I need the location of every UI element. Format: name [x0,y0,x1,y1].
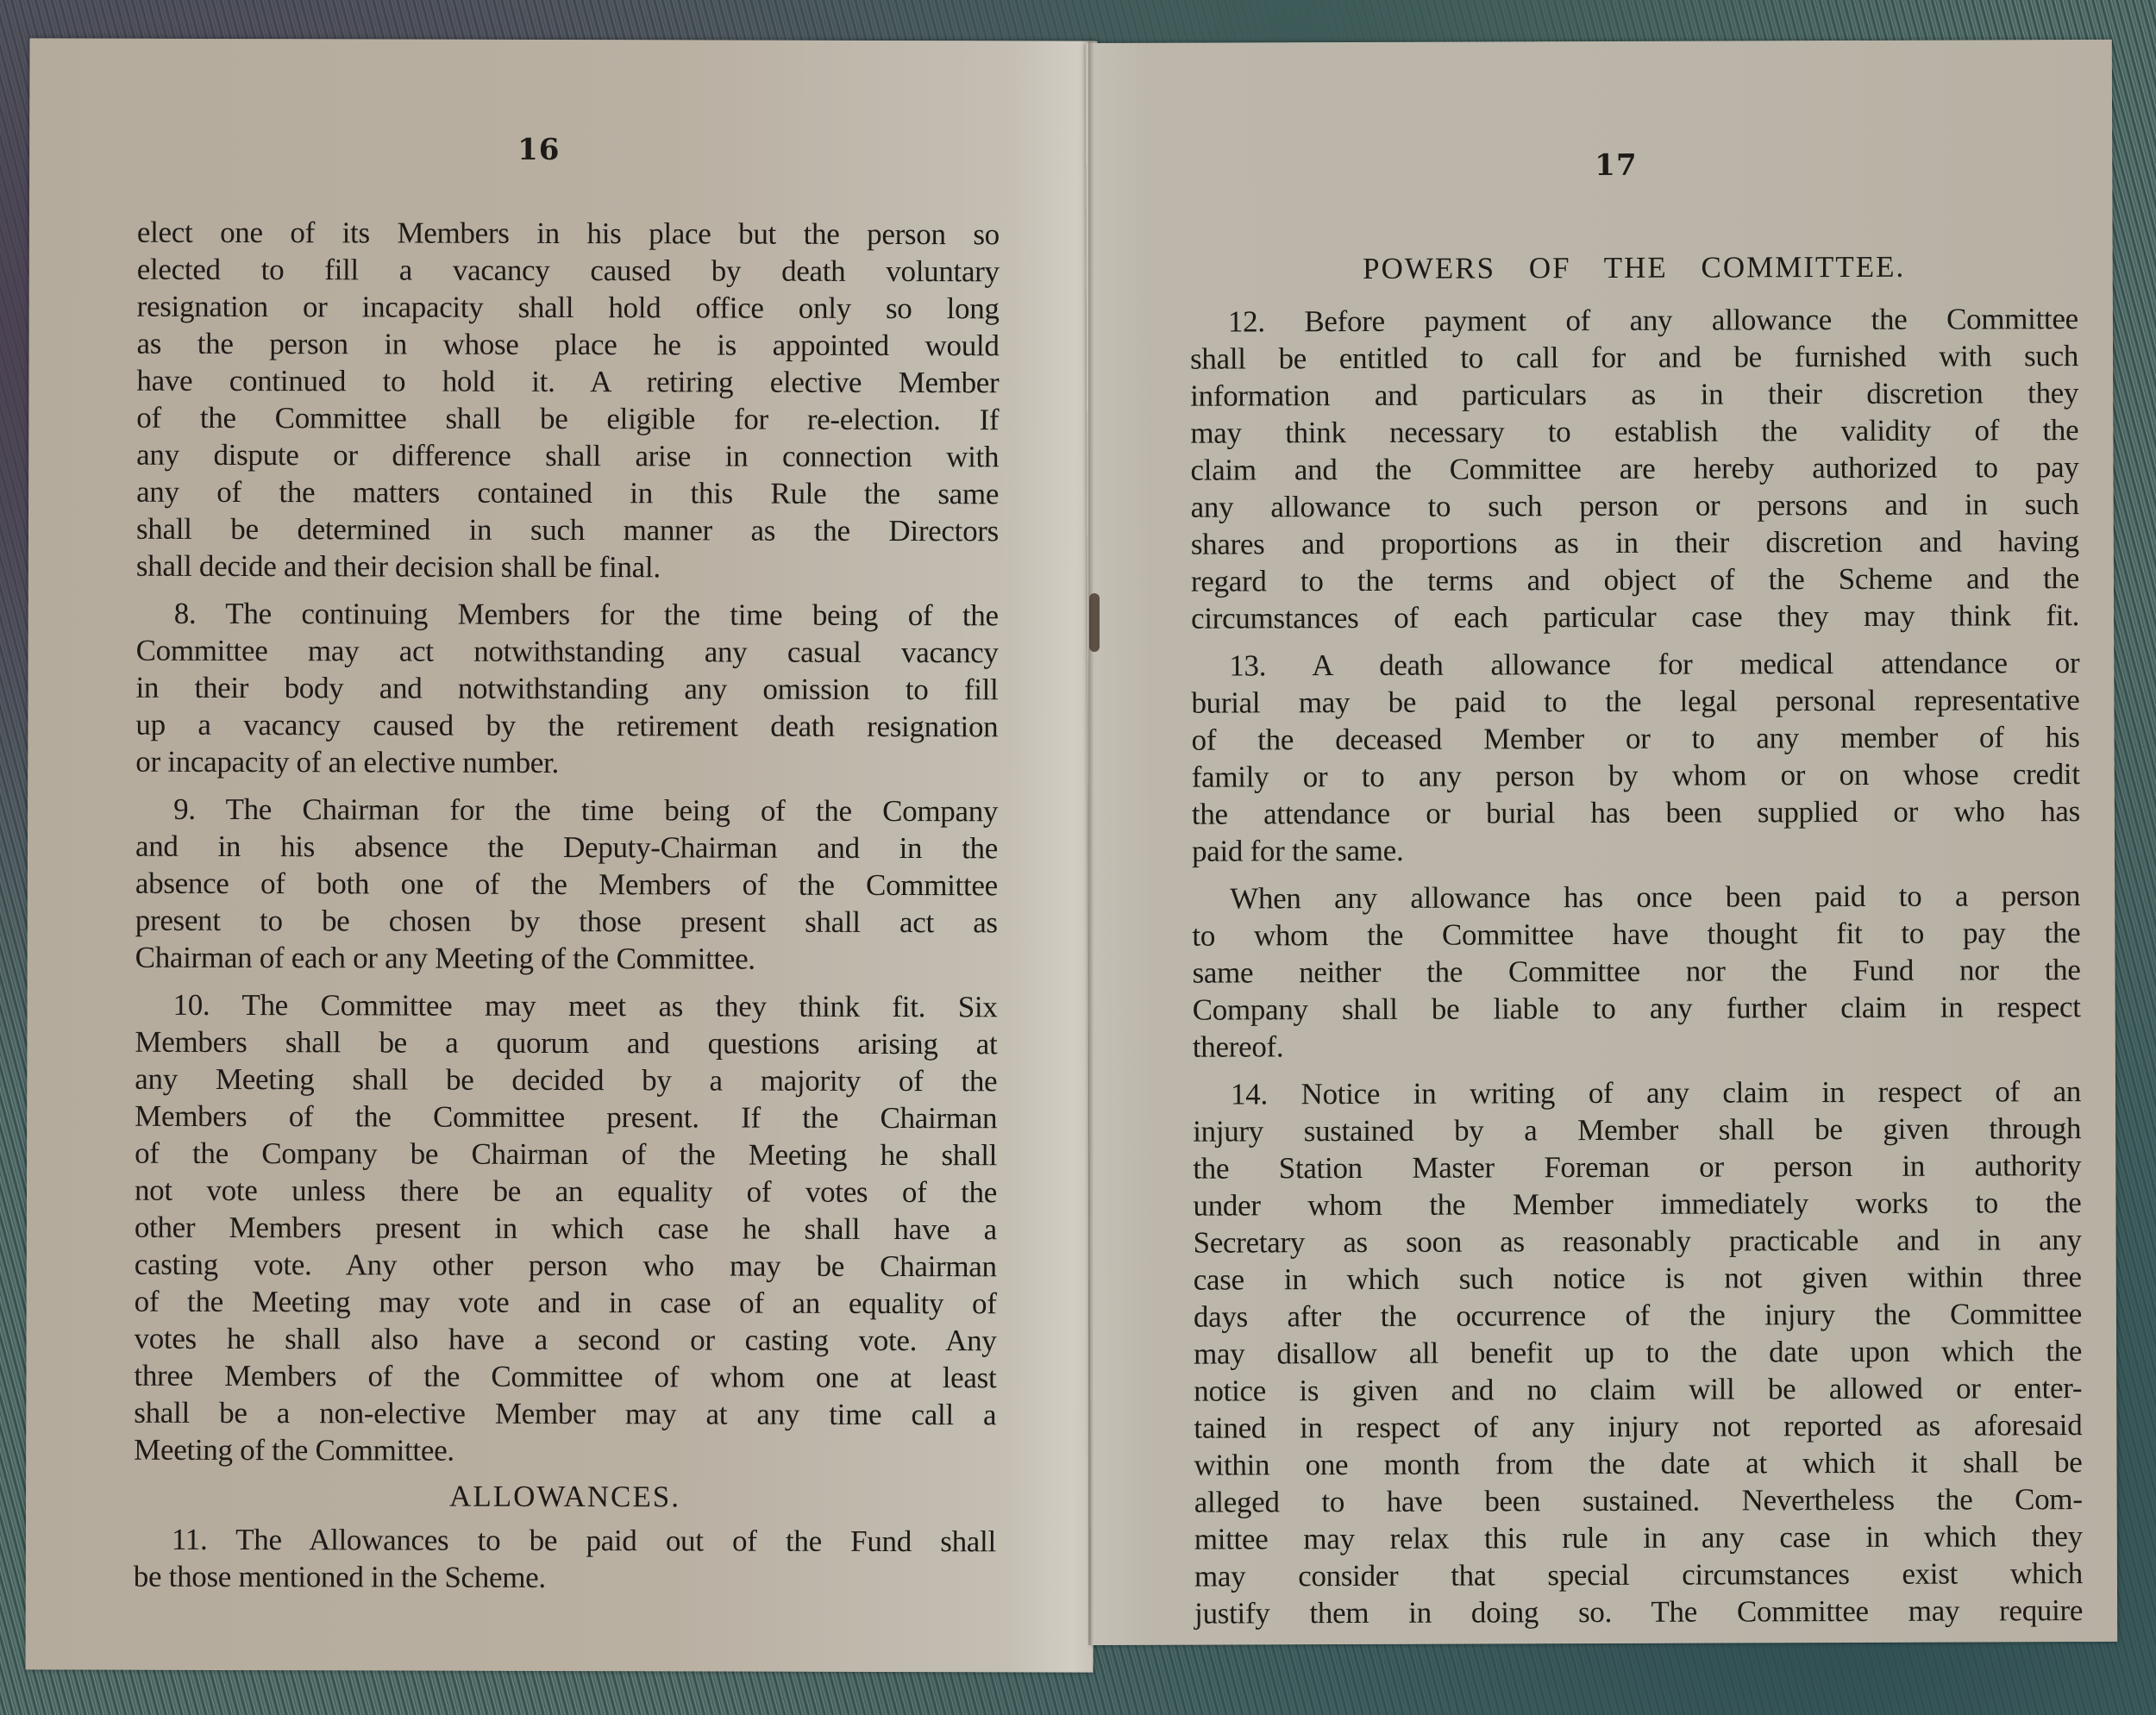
text-line: other Members present in which case he s… [135,1209,997,1249]
text-line: elect one of its Members in his place bu… [137,214,1000,253]
text-line: absence of both one of the Members of th… [135,865,998,904]
text-line: any Meeting shall be decided by a majori… [135,1061,997,1100]
text-line: 9. The Chairman for the time being of th… [135,791,998,830]
text-line: shares and proportions as in their discr… [1191,523,2079,563]
text-line: mittee may relax this rule in any case i… [1194,1518,2083,1558]
paragraph-continued: elect one of its Members in his place bu… [136,214,1000,587]
text-line: in their body and notwithstanding any om… [135,669,998,709]
text-line: up a vacancy caused by the retirement de… [135,706,998,746]
text-line: claim and the Committee are hereby autho… [1190,448,2078,489]
text-line: may disallow all benefit up to the date … [1194,1332,2082,1373]
text-line: have continued to hold it. A retiring el… [136,362,999,402]
text-line: shall be determined in such manner as th… [136,510,999,550]
text-line: 8. The continuing Members for the time b… [136,595,999,635]
book-gutter [1088,41,1094,1645]
text-line: 11. The Allowances to be paid out of the… [134,1521,996,1561]
text-line: of the deceased Member or to any member … [1192,718,2080,759]
right-page-body: 12. Before payment of any allowance the … [1190,300,2083,1632]
text-line: of the Company be Chairman of the Meetin… [135,1135,997,1174]
text-line: casting vote. Any other person who may b… [135,1246,997,1286]
text-line: elected to fill a vacancy caused by deat… [137,251,1000,291]
text-line: any allowance to such person or persons … [1191,485,2079,526]
text-line: Members shall be a quorum and questions … [135,1023,997,1063]
paragraph-rule-13: 13. A death allowance for medical attend… [1191,644,2080,870]
binding-stitch [1089,593,1100,652]
text-line: any dispute or difference shall arise in… [136,436,999,476]
paragraph-rule-8: 8. The continuing Members for the time b… [135,595,999,783]
text-line: or incapacity of an elective number. [135,743,998,783]
text-line: of the Committee shall be eligible for r… [136,399,999,439]
text-line: under whom the Member immediately works … [1193,1184,2081,1224]
text-line: circumstances of each particular case th… [1191,597,2079,637]
text-line: tained in respect of any injury not repo… [1194,1406,2082,1447]
text-line: regard to the terms and object of the Sc… [1191,560,2079,600]
text-line: may think necessary to establish the val… [1190,411,2078,452]
text-line: same neither the Committee nor the Fund … [1192,951,2080,992]
text-line: alleged to have been sustained. Neverthe… [1194,1480,2083,1521]
paragraph-rule-9: 9. The Chairman for the time being of th… [135,791,999,979]
paragraph-rule-14: 14. Notice in writing of any claim in re… [1193,1073,2083,1632]
text-line: and in his absence the Deputy-Chairman a… [135,828,998,867]
text-line: of the Meeting may vote and in case of a… [135,1283,997,1323]
text-line: Company shall be liable to any further c… [1193,988,2081,1029]
paragraph-rule-10: 10. The Committee may meet as they think… [134,986,997,1471]
text-line: paid for the same. [1192,829,2080,870]
paragraph-rule-11: 11. The Allowances to be paid out of the… [134,1521,996,1598]
text-line: When any allowance has once been paid to… [1192,877,2080,917]
text-line: the Station Master Foreman or person in … [1193,1147,2081,1187]
text-line: Meeting of the Committee. [134,1431,996,1471]
left-page: 16 elect one of its Members in his place… [26,38,1098,1672]
text-line: the attendance or burial has been suppli… [1192,792,2080,833]
text-line: days after the occurrence of the injury … [1194,1295,2082,1336]
paragraph-rule-12: 12. Before payment of any allowance the … [1190,300,2079,637]
page-number-16: 16 [517,133,560,167]
left-page-body: elect one of its Members in his place bu… [134,214,1000,1598]
section-heading-powers-of-committee: POWERS OF THE COMMITTEE. [1190,249,2078,287]
text-line: 12. Before payment of any allowance the … [1190,300,2078,341]
text-line: Chairman of each or any Meeting of the C… [135,939,998,979]
page-number-17: 17 [1595,148,1637,183]
text-line: shall decide and their decision shall be… [136,548,999,587]
text-line: shall be a non-elective Member may at an… [134,1394,996,1434]
text-line: votes he shall also have a second or cas… [134,1320,996,1360]
text-line: family or to any person by whom or on wh… [1192,755,2080,796]
text-line: thereof. [1193,1025,2081,1066]
paragraph-rule-13-continued: When any allowance has once been paid to… [1192,877,2081,1066]
text-line: resignation or incapacity shall hold off… [137,288,1000,328]
text-line: injury sustained by a Member shall be gi… [1193,1110,2081,1150]
text-line: Members of the Committee present. If the… [135,1098,997,1137]
text-line: Committee may act notwithstanding any ca… [136,632,999,672]
text-line: to whom the Committee have thought fit t… [1192,914,2080,955]
text-line: shall be entitled to call for and be fur… [1190,337,2078,378]
text-line: within one month from the date at which … [1194,1443,2082,1484]
text-line: 10. The Committee may meet as they think… [135,986,997,1026]
text-line: any of the matters contained in this Rul… [136,473,999,513]
text-line: notice is given and no claim will be all… [1194,1369,2082,1410]
text-line: case in which such notice is not given w… [1194,1258,2082,1299]
text-line: 13. A death allowance for medical attend… [1191,644,2079,685]
text-line: Secretary as soon as reasonably practica… [1194,1221,2082,1261]
text-line: 14. Notice in writing of any claim in re… [1193,1073,2081,1113]
text-line: burial may be paid to the legal personal… [1191,681,2079,722]
text-line: present to be chosen by those present sh… [135,902,998,942]
text-line: justify them in doing so. The Committee … [1194,1592,2083,1632]
text-line: as the person in whose place he is appoi… [136,325,999,365]
section-heading-allowances: ALLOWANCES. [134,1477,996,1517]
right-page: 17 POWERS OF THE COMMITTEE. 12. Before p… [1086,40,2117,1645]
text-line: three Members of the Committee of whom o… [134,1357,996,1397]
text-line: information and particulars as in their … [1190,374,2078,415]
text-line: be those mentioned in the Scheme. [134,1558,996,1598]
text-line: not vote unless there be an equality of … [135,1172,997,1211]
text-line: may consider that special circumstances … [1194,1555,2083,1595]
